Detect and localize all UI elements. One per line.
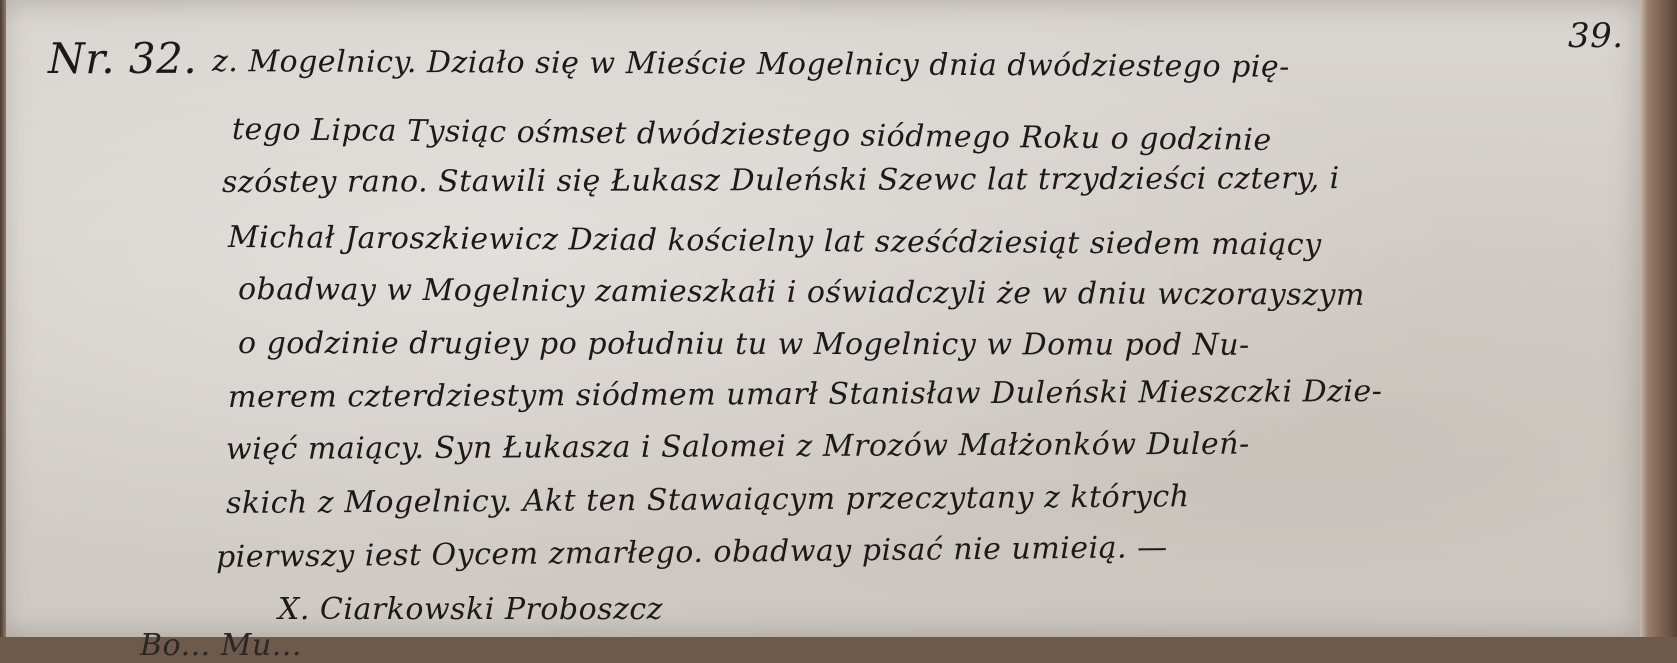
entry-number: Nr. 32. (48, 34, 197, 83)
document-page: Nr. 32. 39. z. Mogelnicy. Działo się w M… (0, 0, 1640, 637)
next-entry-cutoff: Bo... Mu... (140, 628, 302, 637)
text-line-5: obadway w Mogelnicy zamieszkałi i oświad… (238, 272, 1365, 313)
folio-number: 39. (1568, 16, 1624, 56)
priest-signature: X. Ciarkowski Proboszcz (278, 592, 663, 627)
text-line-1: z. Mogelnicy. Działo się w Mieście Mogel… (212, 44, 1290, 85)
text-line-8: więć maiący. Syn Łukasza i Salomei z Mro… (226, 427, 1250, 467)
text-line-10: pierwszy iest Oycem zmarłego. obadway pi… (216, 530, 1168, 575)
text-line-7: merem czterdziestym siódmem umarł Stanis… (228, 374, 1383, 415)
text-line-4: Michał Jaroszkiewicz Dziad kościelny lat… (228, 220, 1322, 263)
text-line-2: tego Lipca Tysiąc ośmset dwódziestego si… (232, 112, 1272, 158)
text-line-9: skich z Mogelnicy. Akt ten Stawaiącym pr… (226, 479, 1190, 521)
text-line-6: o godzinie drugiey po południu tu w Moge… (238, 326, 1250, 363)
page-left-edge (0, 0, 6, 637)
book-binding-edge (1640, 0, 1677, 637)
text-line-3: szóstey rano. Stawili się Łukasz Duleńsk… (222, 161, 1340, 200)
